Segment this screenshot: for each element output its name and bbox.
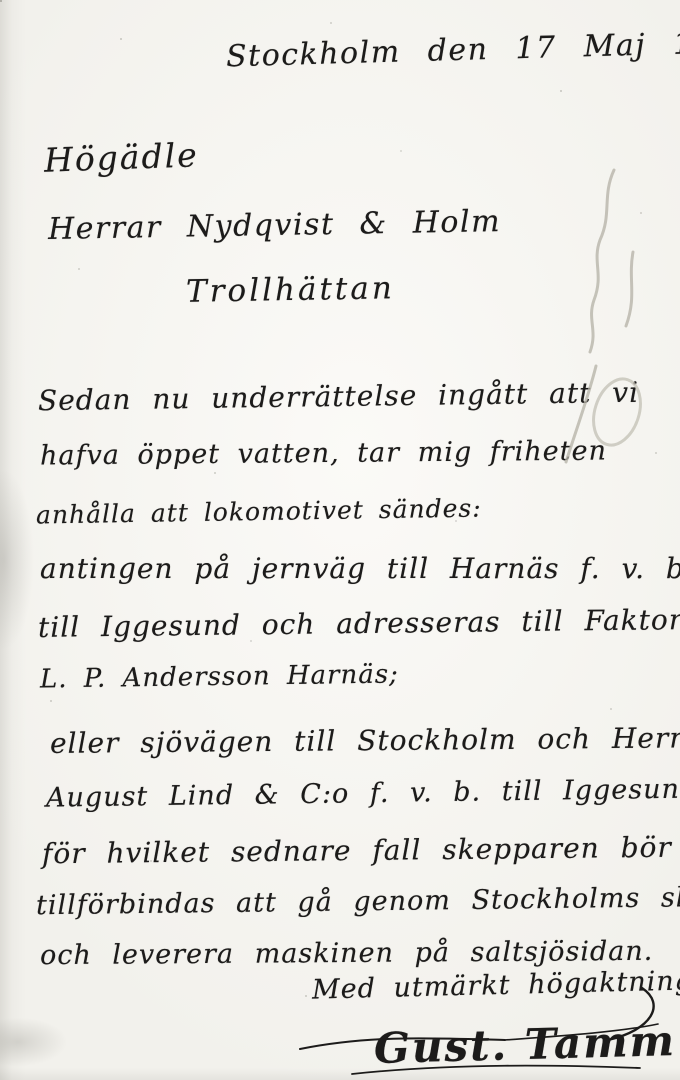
margin-pencil-annotation-icon [566, 170, 648, 462]
recipient-line: Herrar Nydqvist & Holm [48, 204, 502, 247]
letter-page: Stockholm den 17 Maj 1876 Högädle Herrar… [0, 0, 680, 1080]
salutation-line: Högädle [43, 135, 199, 179]
body-line: eller sjövägen till Stockholm och Herrar [50, 721, 680, 760]
body-line: till Iggesund och adresseras till Faktor [38, 603, 680, 644]
body-line: August Lind & C:o f. v. b. till Iggesund… [46, 773, 680, 813]
body-line: och leverera maskinen på saltsjösidan. [40, 936, 653, 971]
body-line: L. P. Andersson Harnäs; [40, 659, 399, 694]
signature-name: Gust. Tamm [373, 1016, 676, 1073]
body-line: tillförbindas att gå genom Stockholms sl… [36, 882, 680, 922]
dateline: Stockholm den 17 Maj 1876 [226, 25, 680, 75]
recipient-place-line: Trollhättan [186, 270, 395, 310]
body-line: antingen på jernväg till Harnäs f. v. b. [40, 552, 680, 585]
body-line: för hvilket sednare fall skepparen bör [42, 831, 672, 871]
body-line: hafva öppet vatten, tar mig friheten [40, 436, 607, 472]
closing-line: Med utmärkt högaktning [312, 965, 680, 1005]
body-line: Sedan nu underrättelse ingått att vi [38, 376, 639, 417]
body-line: anhålla att lokomotivet sändes: [36, 494, 482, 530]
